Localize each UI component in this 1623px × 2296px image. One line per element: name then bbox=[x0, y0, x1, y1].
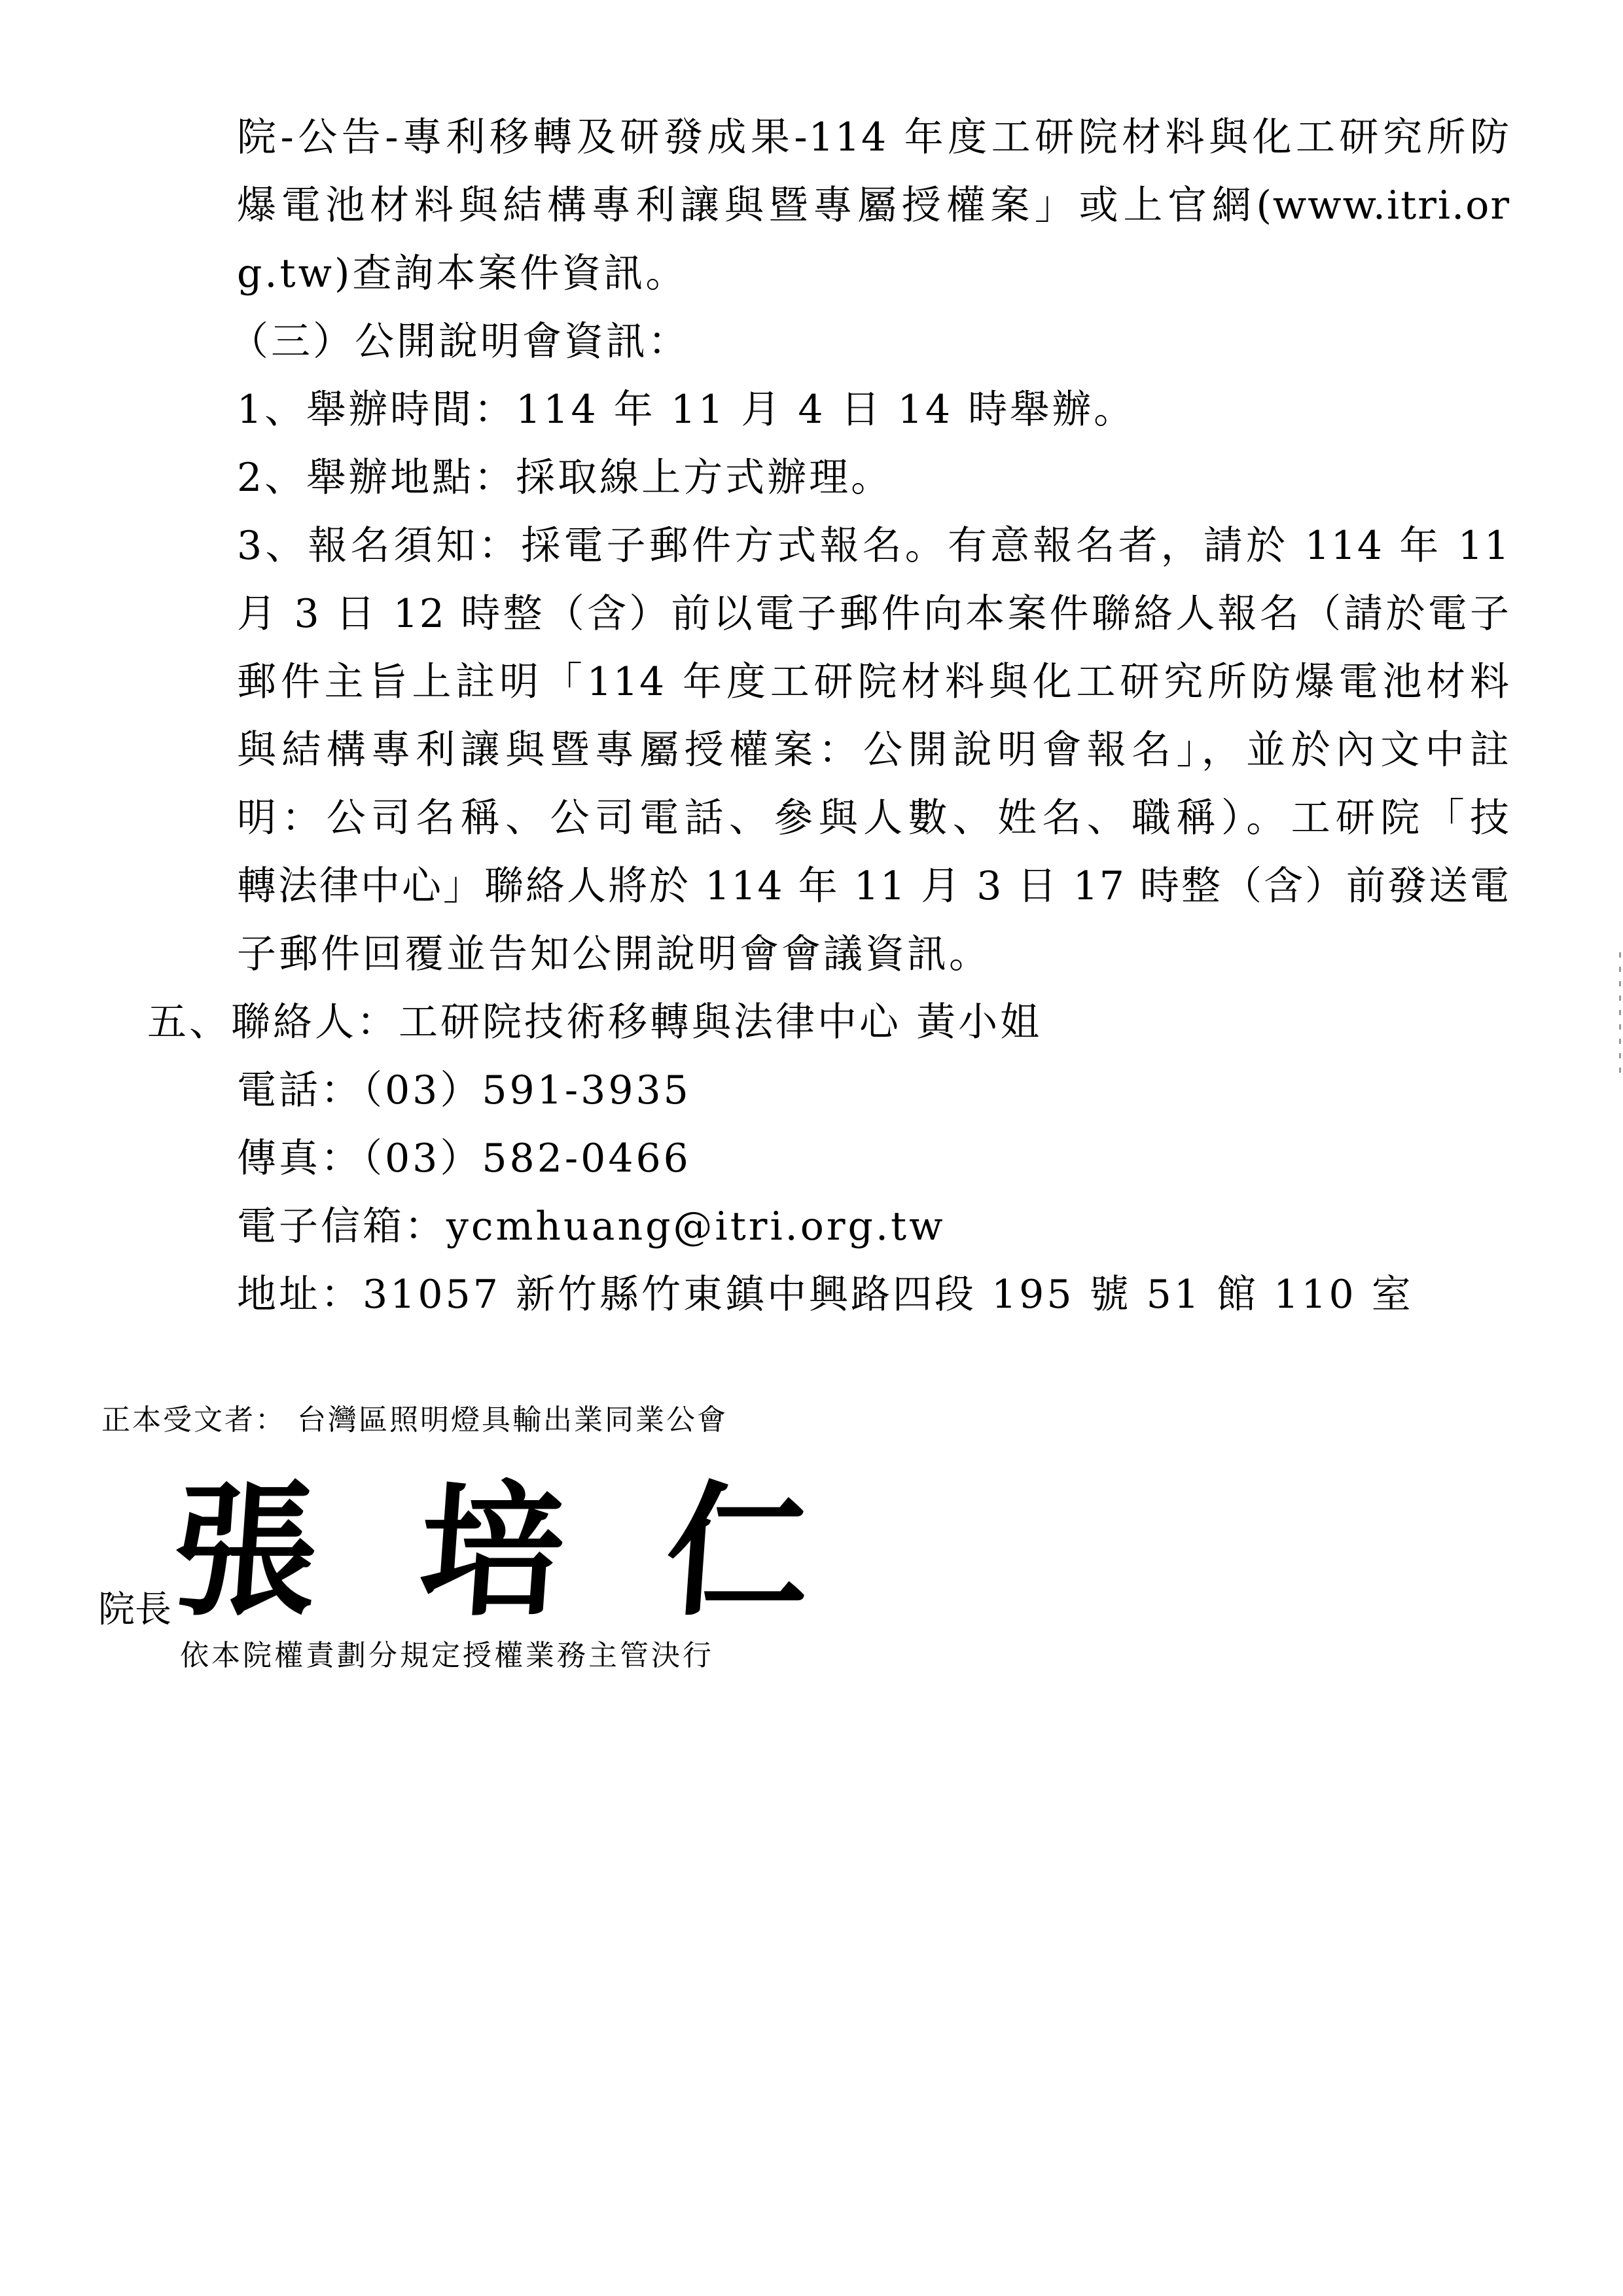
item-registration-line-4: 與結構專利讓與暨專屬授權案：公開說明會報名」，並於內文中註 bbox=[237, 724, 1510, 776]
item-registration-line-2: 月 3 日 12 時整（含）前以電子郵件向本案件聯絡人報名（請於電子 bbox=[237, 588, 1510, 640]
delegation-note: 依本院權責劃分規定授權業務主管決行 bbox=[180, 1636, 714, 1676]
contact-fax: 傳真：（03）582-0466 bbox=[237, 1132, 691, 1185]
item-registration-line-7: 子郵件回覆並告知公開說明會會議資訊。 bbox=[237, 928, 991, 980]
signature-title: 院長 bbox=[98, 1584, 171, 1636]
section-heading-public-briefing: （三）公開說明會資訊： bbox=[229, 315, 690, 368]
signature-name: 張 培 仁 bbox=[167, 1460, 843, 1643]
recipient-line: 正本受文者： 台灣區照明燈具輸出業同業公會 bbox=[101, 1401, 728, 1440]
item-registration-line-5: 明：公司名稱、公司電話、參與人數、姓名、職稱）。工研院「技 bbox=[237, 792, 1510, 844]
paragraph-continuation-line-3: g.tw)查詢本案件資訊。 bbox=[237, 247, 687, 300]
paragraph-continuation-line-2: 爆電池材料與結構專利讓與暨專屬授權案」或上官網(www.itri.or bbox=[237, 179, 1510, 232]
item-registration-line-3: 郵件主旨上註明「114 年度工研院材料與化工研究所防爆電池材料 bbox=[237, 656, 1510, 708]
scan-edge-marks bbox=[1619, 952, 1621, 1077]
item-event-time: 1、舉辦時間：114 年 11 月 4 日 14 時舉辦。 bbox=[237, 384, 1135, 436]
contact-heading: 五、聯絡人：工研院技術移轉與法律中心 黃小姐 bbox=[147, 996, 1042, 1049]
signature-block: 院長 張 培 仁 bbox=[98, 1466, 687, 1662]
item-registration-line-1: 3、報名須知：採電子郵件方式報名。有意報名者，請於 114 年 11 bbox=[237, 520, 1510, 572]
contact-address: 地址：31057 新竹縣竹東鎮中興路四段 195 號 51 館 110 室 bbox=[237, 1268, 1414, 1321]
contact-phone: 電話：（03）591-3935 bbox=[237, 1064, 691, 1117]
document-page: 院-公告-專利移轉及研發成果-114 年度工研院材料與化工研究所防 爆電池材料與… bbox=[0, 0, 1623, 2296]
contact-email: 電子信箱：ycmhuang@itri.org.tw bbox=[237, 1200, 946, 1253]
item-registration-line-6: 轉法律中心」聯絡人將於 114 年 11 月 3 日 17 時整（含）前發送電 bbox=[237, 860, 1510, 912]
paragraph-continuation-line-1: 院-公告-專利移轉及研發成果-114 年度工研院材料與化工研究所防 bbox=[237, 111, 1510, 164]
item-event-location: 2、舉辦地點：採取線上方式辦理。 bbox=[237, 452, 893, 504]
